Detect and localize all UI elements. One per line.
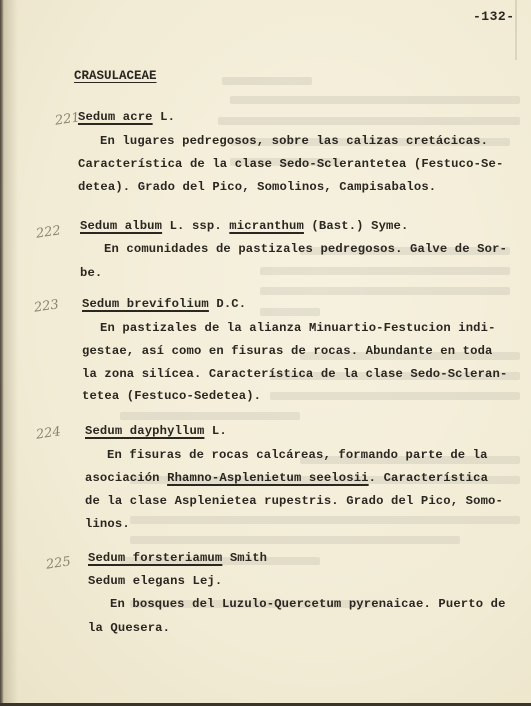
synonym-line: Sedum elegans Lej. (88, 574, 222, 588)
species-author: L. (153, 110, 175, 124)
description-line: asociación Rhamno-Asplenietum seelosii. … (85, 471, 488, 485)
family-heading: CRASULACEAE (74, 69, 157, 83)
association-name: Rhamno-Asplenietum seelosii (167, 471, 369, 485)
species-name-underlined: Sedum acre (78, 110, 153, 124)
species-name-underlined: Sedum brevifolium (82, 297, 209, 311)
description-line: de la clase Asplenietea rupestris. Grado… (85, 494, 503, 508)
species-name: Sedum forsteriamum Smith (88, 551, 267, 565)
description-line: la zona silícea. Característica de la cl… (82, 367, 507, 381)
species-name-underlined: Sedum forsteriamum (88, 551, 222, 565)
species-name: Sedum acre L. (78, 110, 175, 124)
text-fragment: . Característica (369, 471, 488, 485)
margin-number: 223 (33, 297, 60, 315)
margin-number: 221 (54, 110, 81, 128)
paper-fold (515, 0, 517, 60)
description-line: En lugares pedregosos, sobre las calizas… (100, 134, 488, 148)
description-line: Característica de la clase Sedo-Sclerant… (78, 157, 503, 171)
description-line: la Quesera. (88, 621, 170, 635)
page-number: -132- (473, 9, 515, 24)
description-line: En fisuras de rocas calcáreas, formando … (107, 448, 488, 462)
species-author: Smith (222, 551, 267, 565)
scan-gutter-shadow (4, 0, 18, 706)
description-line: En comunidades de pastizales pedregosos.… (104, 242, 507, 256)
species-name-underlined: Sedum dayphyllum (85, 424, 204, 438)
margin-number: 224 (35, 424, 62, 442)
margin-number: 225 (45, 554, 72, 572)
subspecies-name: micranthum (229, 219, 304, 233)
description-line: linos. (85, 517, 130, 531)
margin-number: 222 (35, 223, 62, 241)
description-line: be. (80, 266, 102, 280)
species-author: D.C. (209, 297, 246, 311)
description-line: En pastizales de la alianza Minuartio-Fe… (100, 321, 496, 335)
description-line: tetea (Festuco-Sedetea). (82, 389, 261, 403)
text-fragment: asociación (85, 471, 167, 485)
species-author: L. (204, 424, 226, 438)
species-author: L. ssp. (162, 219, 229, 233)
description-line: detea). Grado del Pico, Somolinos, Campi… (78, 180, 436, 194)
description-line: En bosques del Luzulo-Quercetum pyrenaic… (110, 597, 506, 611)
document-page: -132- CRASULACEAE 221 Sedum acre L. En l… (0, 0, 531, 706)
subspecies-author: (Bast.) Syme. (304, 219, 409, 233)
species-name-underlined: Sedum album (80, 219, 162, 233)
species-name: Sedum brevifolium D.C. (82, 297, 246, 311)
species-name: Sedum album L. ssp. micranthum (Bast.) S… (80, 219, 408, 233)
description-line: gestae, así como en fisuras de rocas. Ab… (82, 344, 493, 358)
species-name: Sedum dayphyllum L. (85, 424, 227, 438)
